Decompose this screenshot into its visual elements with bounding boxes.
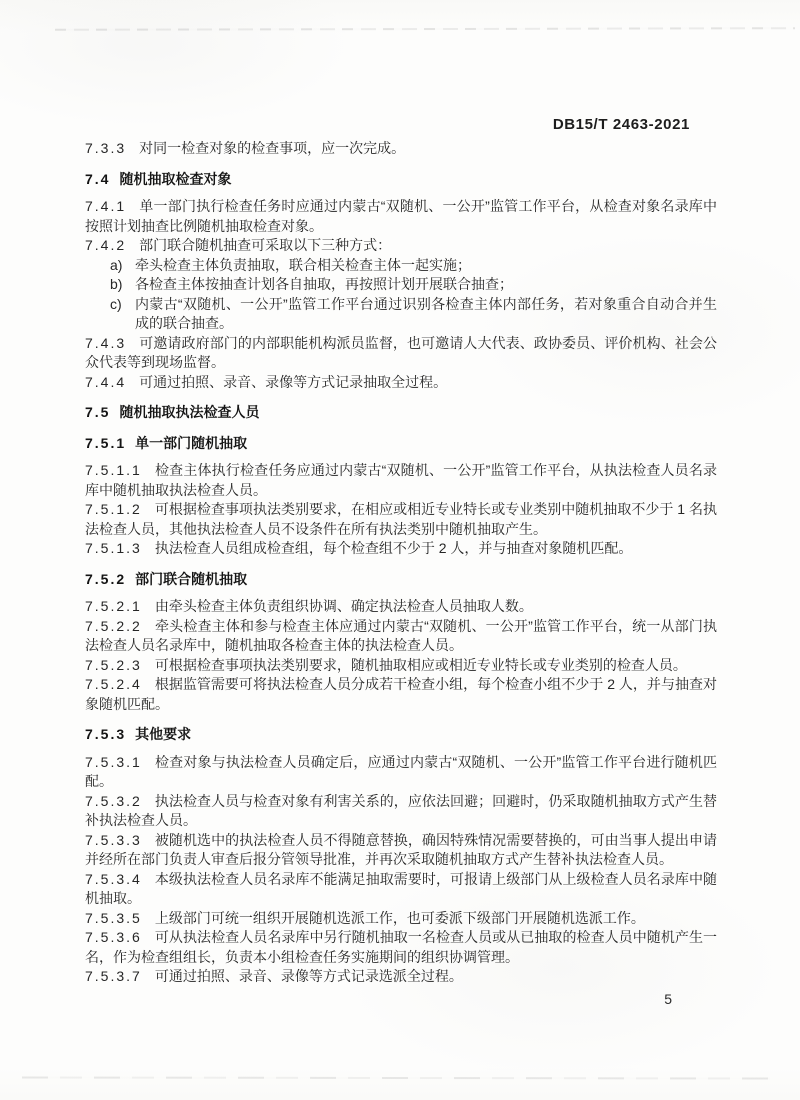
clause-number: 7.5.2.4 — [85, 676, 155, 692]
clause: 7.5.3.6可从执法检查人员名录库中另行随机抽取一名检查人员或从已抽取的检查人… — [85, 928, 717, 967]
clause-text: 可邀请政府部门的内部职能机构派员监督，也可邀请人大代表、政协委员、评价机构、社会… — [85, 335, 717, 371]
clause: 7.4.4可通过拍照、录音、录像等方式记录抽取全过程。 — [85, 373, 717, 393]
scan-artifact-line-top — [55, 27, 795, 31]
clause-text: 本级执法检查人员名录库不能满足抽取需要时，可报请上级部门从上级检查人员名录库中随… — [85, 871, 717, 907]
clause: 7.5.2.4根据监管需要可将执法检查人员分成若干检查小组，每个检查小组不少于 … — [85, 675, 717, 714]
document-code-header: DB15/T 2463-2021 — [553, 116, 690, 133]
clause: 7.5.3.5上级部门可统一组织开展随机选派工作，也可委派下级部门开展随机选派工… — [85, 909, 717, 929]
clause: 7.4.2部门联合随机抽查可采取以下三种方式： — [85, 236, 717, 256]
clause-text: 执法检查人员与检查对象有利害关系的，应依法回避；回避时，仍采取随机抽取方式产生替… — [85, 793, 717, 829]
clause-number: 7.5.1 — [85, 435, 135, 451]
clause: 7.5.2.2牵头检查主体和参与检查主体应通过内蒙古“双随机、一公开”监管工作平… — [85, 617, 717, 656]
clause-text: 根据监管需要可将执法检查人员分成若干检查小组，每个检查小组不少于 2 人，并与抽… — [85, 676, 717, 712]
clause: 7.5.1.3执法检查人员组成检查组，每个检查组不少于 2 人，并与抽查对象随机… — [85, 539, 717, 559]
page-number: 5 — [664, 991, 672, 1007]
section-heading: 7.4随机抽取检查对象 — [85, 170, 717, 190]
list-marker: a) — [110, 256, 122, 276]
clause-text: 执法检查人员组成检查组，每个检查组不少于 2 人，并与抽查对象随机匹配。 — [155, 540, 633, 556]
clause-number: 7.5.3.2 — [85, 793, 155, 809]
clause-text: 其他要求 — [135, 726, 191, 742]
clause: 7.3.3对同一检查对象的检查事项，应一次完成。 — [85, 139, 717, 159]
clause-text: 单一部门执行检查任务时应通过内蒙古“双随机、一公开”监管工作平台，从检查对象名录… — [85, 198, 717, 234]
section-heading: 7.5随机抽取执法检查人员 — [85, 403, 717, 423]
clause: 7.5.3.7可通过拍照、录音、录像等方式记录选派全过程。 — [85, 967, 717, 987]
clause: 7.5.3.4本级执法检查人员名录库不能满足抽取需要时，可报请上级部门从上级检查… — [85, 870, 717, 909]
clause-text: 可通过拍照、录音、录像等方式记录抽取全过程。 — [139, 374, 447, 390]
clause-text: 可从执法检查人员名录库中另行随机抽取一名检查人员或从已抽取的检查人员中随机产生一… — [85, 929, 717, 965]
clause-number: 7.5.3.5 — [85, 910, 155, 926]
clause-number: 7.4.3 — [85, 335, 139, 351]
clause: 7.5.2.1由牵头检查主体负责组织协调、确定执法检查人员抽取人数。 — [85, 597, 717, 617]
clause-text: 可根据检查事项执法类别要求，在相应或相近专业特长或专业类别中随机抽取不少于 1 … — [85, 501, 717, 537]
clause-number: 7.4.1 — [85, 198, 139, 214]
list-item: b)各检查主体按抽查计划各自抽取，再按照计划开展联合抽查； — [85, 275, 717, 295]
scan-artifact-line-bottom — [22, 1076, 770, 1079]
clause-text: 牵头检查主体和参与检查主体应通过内蒙古“双随机、一公开”监管工作平台，统一从部门… — [85, 618, 717, 654]
scanned-document-page: DB15/T 2463-2021 7.3.3对同一检查对象的检查事项，应一次完成… — [0, 0, 800, 1100]
clause-text: 上级部门可统一组织开展随机选派工作，也可委派下级部门开展随机选派工作。 — [155, 910, 645, 926]
clause-number: 7.4 — [85, 171, 119, 187]
list-item: a)牵头检查主体负责抽取，联合相关检查主体一起实施； — [85, 256, 717, 276]
clause-number: 7.3.3 — [85, 140, 139, 156]
clause-text: 部门联合随机抽查可采取以下三种方式： — [139, 237, 391, 253]
clause: 7.4.3可邀请政府部门的内部职能机构派员监督，也可邀请人大代表、政协委员、评价… — [85, 334, 717, 373]
clause-text: 各检查主体按抽查计划各自抽取，再按照计划开展联合抽查； — [135, 276, 513, 292]
clause-number: 7.5.1.1 — [85, 462, 155, 478]
clause-text: 由牵头检查主体负责组织协调、确定执法检查人员抽取人数。 — [155, 598, 533, 614]
clause-text: 单一部门随机抽取 — [135, 435, 247, 451]
clause-text: 被随机选中的执法检查人员不得随意替换，确因特殊情况需要替换的，可由当事人提出申请… — [85, 832, 717, 868]
clause-number: 7.5.3.7 — [85, 968, 155, 984]
clause-text: 检查主体执行检查任务应通过内蒙古“双随机、一公开”监管工作平台，从执法检查人员名… — [85, 462, 717, 498]
clause-text: 牵头检查主体负责抽取，联合相关检查主体一起实施； — [135, 257, 471, 273]
clause: 7.5.1.1检查主体执行检查任务应通过内蒙古“双随机、一公开”监管工作平台，从… — [85, 461, 717, 500]
clause-text: 随机抽取检查对象 — [119, 171, 231, 187]
list-marker: c) — [110, 295, 122, 315]
list-marker: b) — [110, 275, 122, 295]
clause-text: 可通过拍照、录音、录像等方式记录选派全过程。 — [155, 968, 463, 984]
list-item: c)内蒙古“双随机、一公开”监管工作平台通过识别各检查主体内部任务，若对象重合自… — [85, 295, 717, 334]
clause-text: 可根据检查事项执法类别要求，随机抽取相应或相近专业特长或专业类别的检查人员。 — [155, 657, 687, 673]
clause-number: 7.5.1.2 — [85, 501, 155, 517]
clause-text: 对同一检查对象的检查事项，应一次完成。 — [139, 140, 405, 156]
subsection-heading: 7.5.2部门联合随机抽取 — [85, 570, 717, 590]
clause-text: 检查对象与执法检查人员确定后，应通过内蒙古“双随机、一公开”监管工作平台进行随机… — [85, 754, 717, 790]
clause-number: 7.5 — [85, 404, 119, 420]
subsection-heading: 7.5.3其他要求 — [85, 725, 717, 745]
clause: 7.5.1.2可根据检查事项执法类别要求，在相应或相近专业特长或专业类别中随机抽… — [85, 500, 717, 539]
clause-text: 随机抽取执法检查人员 — [119, 404, 259, 420]
clause-number: 7.5.2.1 — [85, 598, 155, 614]
document-body: 7.3.3对同一检查对象的检查事项，应一次完成。7.4随机抽取检查对象7.4.1… — [85, 139, 717, 987]
clause: 7.4.1单一部门执行检查任务时应通过内蒙古“双随机、一公开”监管工作平台，从检… — [85, 197, 717, 236]
clause: 7.5.2.3可根据检查事项执法类别要求，随机抽取相应或相近专业特长或专业类别的… — [85, 656, 717, 676]
clause: 7.5.3.2执法检查人员与检查对象有利害关系的，应依法回避；回避时，仍采取随机… — [85, 792, 717, 831]
clause-number: 7.4.4 — [85, 374, 139, 390]
clause-number: 7.5.3.1 — [85, 754, 155, 770]
clause-number: 7.5.1.3 — [85, 540, 155, 556]
clause: 7.5.3.1检查对象与执法检查人员确定后，应通过内蒙古“双随机、一公开”监管工… — [85, 753, 717, 792]
clause: 7.5.3.3被随机选中的执法检查人员不得随意替换，确因特殊情况需要替换的，可由… — [85, 831, 717, 870]
clause-number: 7.5.2.2 — [85, 618, 155, 634]
clause-text: 部门联合随机抽取 — [135, 571, 247, 587]
clause-number: 7.5.3.6 — [85, 929, 155, 945]
clause-text: 内蒙古“双随机、一公开”监管工作平台通过识别各检查主体内部任务，若对象重合自动合… — [135, 296, 717, 332]
clause-number: 7.5.2 — [85, 571, 135, 587]
clause-number: 7.5.2.3 — [85, 657, 155, 673]
clause-number: 7.5.3.3 — [85, 832, 155, 848]
subsection-heading: 7.5.1单一部门随机抽取 — [85, 434, 717, 454]
clause-number: 7.5.3.4 — [85, 871, 155, 887]
clause-number: 7.4.2 — [85, 237, 139, 253]
clause-number: 7.5.3 — [85, 726, 135, 742]
